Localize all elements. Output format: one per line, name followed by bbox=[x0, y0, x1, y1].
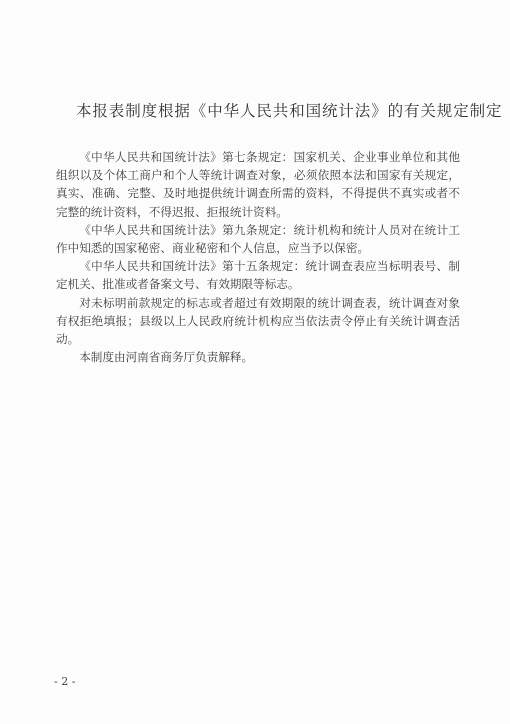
paragraph-article-7: 《中华人民共和国统计法》第七条规定：国家机关、企业事业单位和其他组织以及个体工商… bbox=[56, 148, 460, 221]
paragraph-article-15: 《中华人民共和国统计法》第十五条规定：统计调查表应当标明表号、制定机关、批准或者… bbox=[56, 257, 460, 293]
paragraph-interpretation: 本制度由河南省商务厅负责解释。 bbox=[56, 348, 460, 366]
paragraph-refusal-right: 对未标明前款规定的标志或者超过有效期限的统计调查表，统计调查对象有权拒绝填报；县… bbox=[56, 294, 460, 349]
document-body: 《中华人民共和国统计法》第七条规定：国家机关、企业事业单位和其他组织以及个体工商… bbox=[56, 148, 460, 366]
document-title: 本报表制度根据《中华人民共和国统计法》的有关规定制定 bbox=[76, 99, 502, 121]
page-number: - 2 - bbox=[54, 675, 75, 688]
paragraph-article-9: 《中华人民共和国统计法》第九条规定：统计机构和统计人员对在统计工作中知悉的国家秘… bbox=[56, 221, 460, 257]
